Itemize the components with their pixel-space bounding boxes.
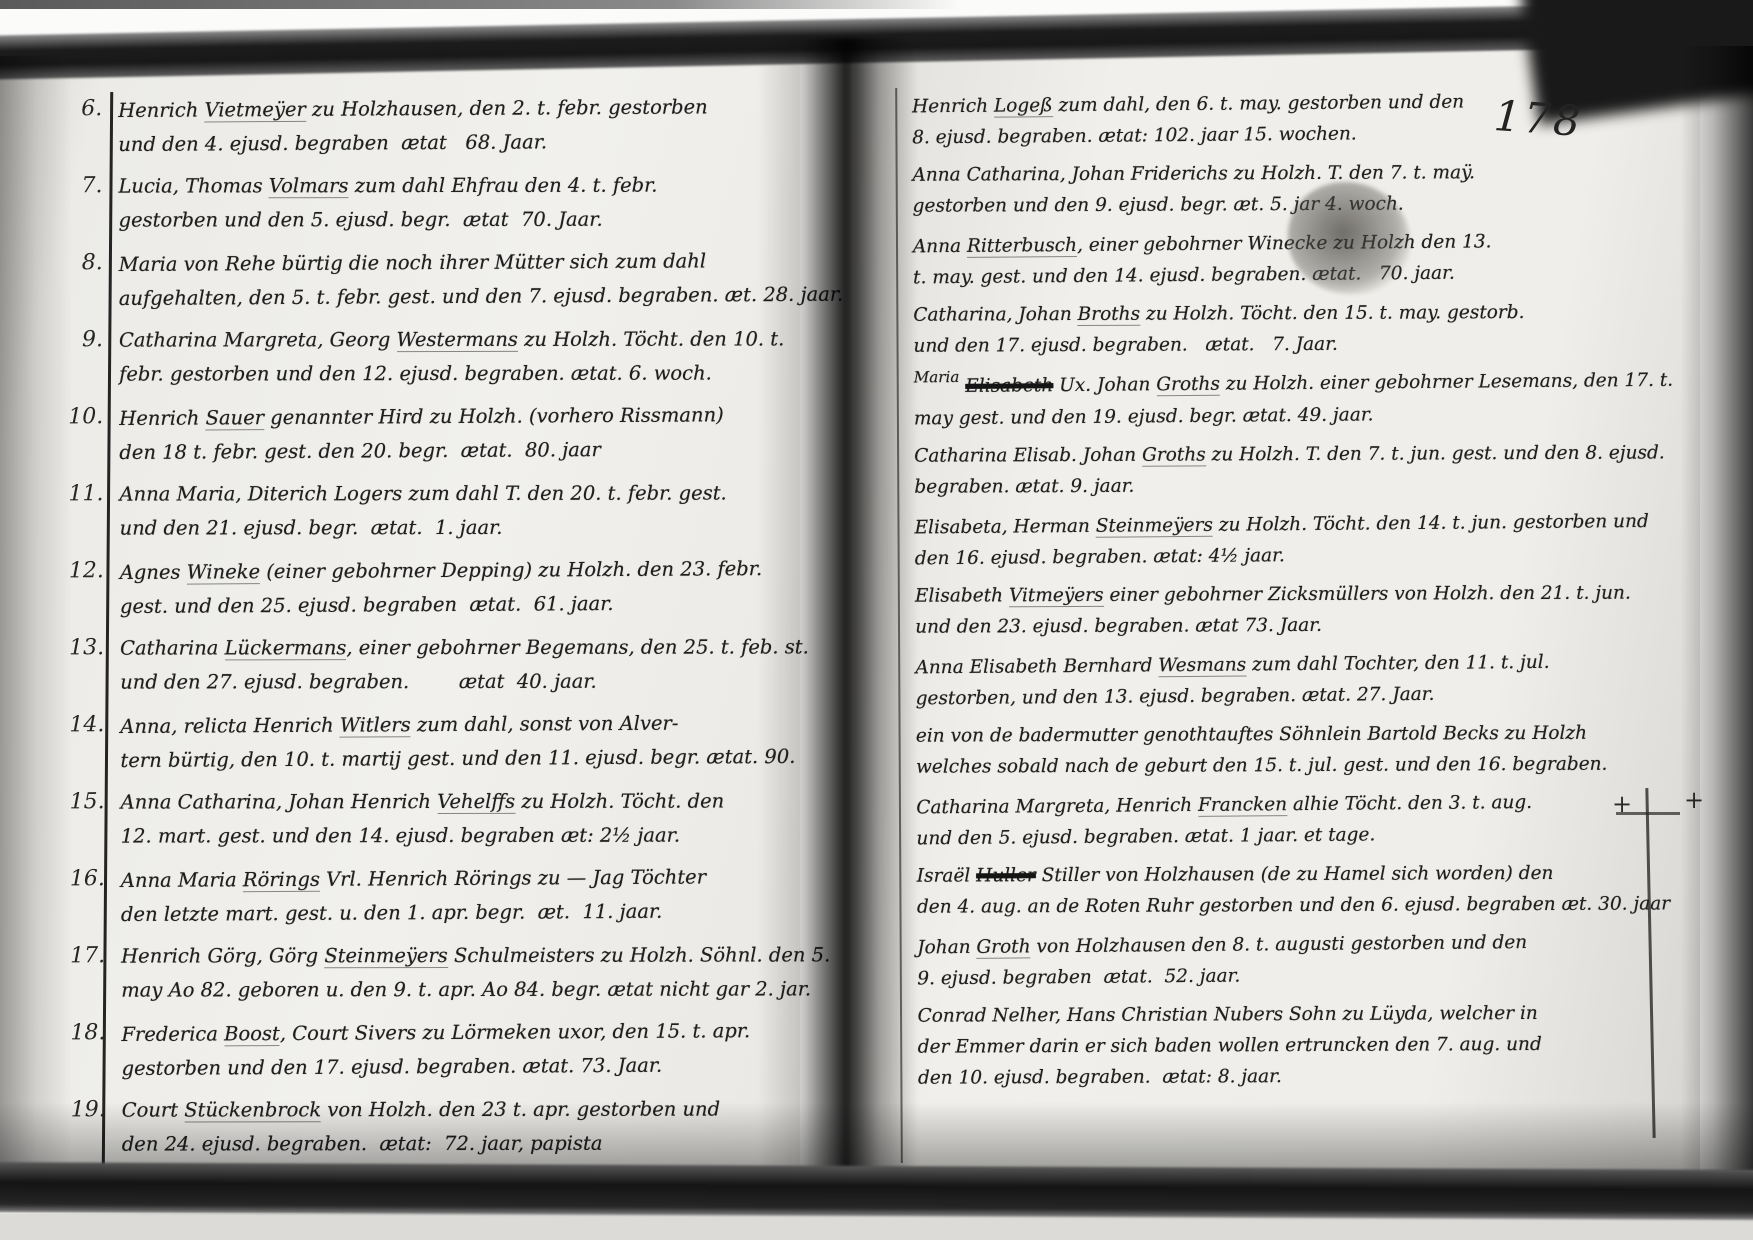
- underlined-name: Broths: [1078, 304, 1141, 326]
- underlined-name: Logeß: [994, 95, 1053, 118]
- struck-out-word: Huller: [976, 865, 1036, 886]
- underlined-name: Steinmeÿers: [1096, 515, 1213, 538]
- register-entry: Anna Elisabeth Bernhard Wesmans zum dahl…: [915, 647, 1687, 714]
- scan-left-edge-shadow: [0, 56, 72, 1171]
- entry-line: febr. gestorben und den 12. ejusd. begra…: [119, 356, 774, 391]
- entry-line: may Ao 82. geboren u. den 9. t. apr. Ao …: [121, 972, 776, 1007]
- register-entry: 14.Anna, relicta Henrich Witlers zum dah…: [120, 707, 775, 777]
- underlined-name: Volmars: [269, 174, 349, 198]
- entry-line: und den 4. ejusd. begraben ætat 68. Jaar…: [118, 124, 773, 162]
- entry-line: und den 23. ejusd. begraben. ætat 73. Ja…: [915, 608, 1687, 642]
- entry-line: welches sobald nach de geburt den 15. t.…: [916, 748, 1688, 782]
- entry-line: may gest. und den 19. ejusd. begr. ætat.…: [914, 397, 1686, 435]
- underlined-name: Groths: [1142, 444, 1206, 466]
- register-entry: ein von de badermutter genothtauftes Söh…: [916, 717, 1688, 784]
- entry-line: Conrad Nelher, Hans Christian Nubers Soh…: [918, 997, 1690, 1031]
- entry-line: Anna Catharina, Johan Henrich Vehelffs z…: [121, 784, 776, 819]
- entry-line: Anna Maria Rörings Vrl. Henrich Rörings …: [121, 860, 776, 898]
- scan-top-edge-bar: [0, 0, 960, 9]
- underlined-name: Westermans: [396, 328, 517, 352]
- register-entry: Maria Elisabeth Ux. Johan Groths zu Holz…: [914, 366, 1686, 434]
- register-entry: 13.Catharina Lückermans, einer gebohrner…: [120, 630, 775, 700]
- register-entry: Elisabeth Vitmeÿers einer gebohrner Zick…: [915, 577, 1687, 644]
- underlined-name: Groth: [976, 936, 1030, 958]
- underlined-name: Vitmeÿers: [1009, 585, 1104, 607]
- entry-line: und den 27. ejusd. begraben. ætat 40. ja…: [120, 664, 775, 699]
- register-entry: 10.Henrich Sauer genannter Hird zu Holzh…: [119, 399, 774, 469]
- underlined-name: Boost: [224, 1022, 280, 1046]
- entry-line: Agnes Wineke (einer gebohrner Depping) z…: [120, 552, 775, 590]
- margin-cross-mark: +: [1612, 790, 1632, 818]
- underlined-name: Vietmeÿer: [204, 98, 305, 123]
- register-entry: 9.Catharina Margreta, Georg Westermans z…: [119, 322, 774, 392]
- register-entry: Catharina Elisab. Johan Groths zu Holzh.…: [914, 437, 1686, 504]
- entry-line: Henrich Görg, Görg Steinmeÿers Schulmeis…: [121, 938, 776, 973]
- register-entry: Israël Huller Stiller von Holzhausen (de…: [917, 857, 1689, 924]
- entry-line: gestorben, und den 13. ejusd. begraben. …: [916, 677, 1688, 715]
- register-entry: 11.Anna Maria, Diterich Logers zum dahl …: [119, 476, 774, 546]
- underlined-name: Groths: [1156, 374, 1220, 397]
- left-page-entries: 6.Henrich Vietmeÿer zu Holzhausen, den 2…: [118, 91, 777, 1162]
- register-entry: Catharina, Johan Broths zu Holzh. Töcht.…: [913, 296, 1685, 363]
- entry-line: Anna Catharina, Johan Friderichs zu Holz…: [912, 156, 1684, 190]
- entry-line: den 16. ejusd. begraben. ætat: 4½ jaar.: [915, 537, 1687, 575]
- entry-line: den 4. aug. an de Roten Ruhr gestorben u…: [917, 888, 1689, 922]
- entry-line: gest. und den 25. ejusd. begraben ætat. …: [120, 586, 775, 624]
- entry-line: Elisabeth Vitmeÿers einer gebohrner Zick…: [915, 577, 1687, 611]
- register-entry: 7.Lucia, Thomas Volmars zum dahl Ehfrau …: [118, 168, 773, 238]
- underlined-name: Ritterbusch: [967, 235, 1077, 258]
- scan-bottom-black-band: [0, 1162, 1753, 1220]
- entry-line: Lucia, Thomas Volmars zum dahl Ehfrau de…: [118, 168, 773, 203]
- register-entry: 18.Frederica Boost, Court Sivers zu Lörm…: [121, 1015, 776, 1085]
- entry-line: Israël Huller Stiller von Holzhausen (de…: [917, 857, 1689, 891]
- entry-line: 12. mart. gest. und den 14. ejusd. begra…: [121, 818, 776, 853]
- book-gutter-shadow: [758, 38, 918, 1203]
- entry-line: begraben. ætat. 9. jaar.: [914, 468, 1686, 502]
- entry-line: Catharina, Johan Broths zu Holzh. Töcht.…: [913, 296, 1685, 330]
- entry-line: und den 21. ejusd. begr. ætat. 1. jaar.: [120, 510, 775, 545]
- entry-line: den 10. ejusd. begraben. ætat: 8. jaar.: [918, 1059, 1690, 1093]
- entry-line: Catharina Margreta, Georg Westermans zu …: [119, 322, 774, 357]
- entry-line: den 18 t. febr. gest. den 20. begr. ætat…: [119, 432, 774, 470]
- entry-line: gestorben und den 17. ejusd. begraben. æ…: [121, 1048, 776, 1086]
- entry-line: Anna, relicta Henrich Witlers zum dahl, …: [120, 706, 775, 744]
- register-entry: 17.Henrich Görg, Görg Steinmeÿers Schulm…: [121, 938, 776, 1008]
- register-entry: 6.Henrich Vietmeÿer zu Holzhausen, den 2…: [118, 91, 773, 161]
- entry-line: aufgehalten, den 5. t. febr. gest. und d…: [119, 278, 774, 316]
- entry-line: Frederica Boost, Court Sivers zu Lörmeke…: [121, 1014, 776, 1052]
- register-entry: 12.Agnes Wineke (einer gebohrner Depping…: [120, 553, 775, 623]
- underlined-name: Francken: [1198, 794, 1287, 817]
- underlined-name: Wesmans: [1158, 654, 1246, 677]
- underlined-name: Lückermans: [225, 636, 347, 660]
- register-entry: 8.Maria von Rehe bürtig die noch ihrer M…: [119, 245, 774, 315]
- underlined-name: Wineke: [187, 560, 261, 584]
- underlined-name: Sauer: [206, 406, 265, 430]
- entry-line: tern bürtig, den 10. t. martij gest. und…: [120, 740, 775, 778]
- page-number: 178: [1492, 91, 1584, 146]
- underlined-name: Rörings: [243, 868, 320, 892]
- entry-line: Henrich Sauer genannter Hird zu Holzh. (…: [119, 398, 774, 436]
- register-entry: 16.Anna Maria Rörings Vrl. Henrich Rörin…: [121, 861, 776, 931]
- underlined-name: Vehelffs: [437, 790, 515, 814]
- entry-line: gestorben und den 5. ejusd. begr. ætat 7…: [119, 202, 774, 237]
- struck-out-word: Elisabeth: [965, 375, 1053, 397]
- inserted-word: Maria: [914, 362, 960, 393]
- underlined-name: Witlers: [340, 713, 411, 737]
- entry-line: Catharina Lückermans, einer gebohrner Be…: [120, 630, 775, 665]
- entry-line: Maria von Rehe bürtig die noch ihrer Müt…: [119, 244, 774, 282]
- entry-line: ein von de badermutter genothtauftes Söh…: [916, 717, 1688, 751]
- register-entry: Johan Groth von Holzhausen den 8. t. aug…: [917, 927, 1689, 994]
- underlined-name: Steinmeÿers: [324, 944, 447, 968]
- entry-line: den letzte mart. gest. u. den 1. apr. be…: [121, 894, 776, 932]
- register-entry: 15.Anna Catharina, Johan Henrich Vehelff…: [121, 784, 776, 854]
- entry-line: Henrich Vietmeÿer zu Holzhausen, den 2. …: [118, 90, 773, 128]
- register-entry: Catharina Margreta, Henrich Francken alh…: [916, 787, 1688, 854]
- entry-line: Catharina Elisab. Johan Groths zu Holzh.…: [914, 437, 1686, 471]
- entry-line: und den 5. ejusd. begraben. ætat. 1 jaar…: [916, 817, 1688, 855]
- register-entry: Elisabeta, Herman Steinmeÿers zu Holzh. …: [915, 507, 1687, 574]
- entry-line: 9. ejusd. begraben ætat. 52. jaar.: [917, 957, 1689, 995]
- register-scan: 178 6.Henrich Vietmeÿer zu Holzhausen, d…: [0, 0, 1753, 1240]
- entry-line: und den 17. ejusd. begraben. ætat. 7. Ja…: [913, 327, 1685, 361]
- register-entry: Conrad Nelher, Hans Christian Nubers Soh…: [918, 997, 1691, 1095]
- entry-line: Anna Maria, Diterich Logers zum dahl T. …: [120, 476, 775, 511]
- entry-line: der Emmer darin er sich baden wollen ert…: [918, 1028, 1690, 1062]
- scan-right-edge-shadow: [1681, 46, 1753, 1171]
